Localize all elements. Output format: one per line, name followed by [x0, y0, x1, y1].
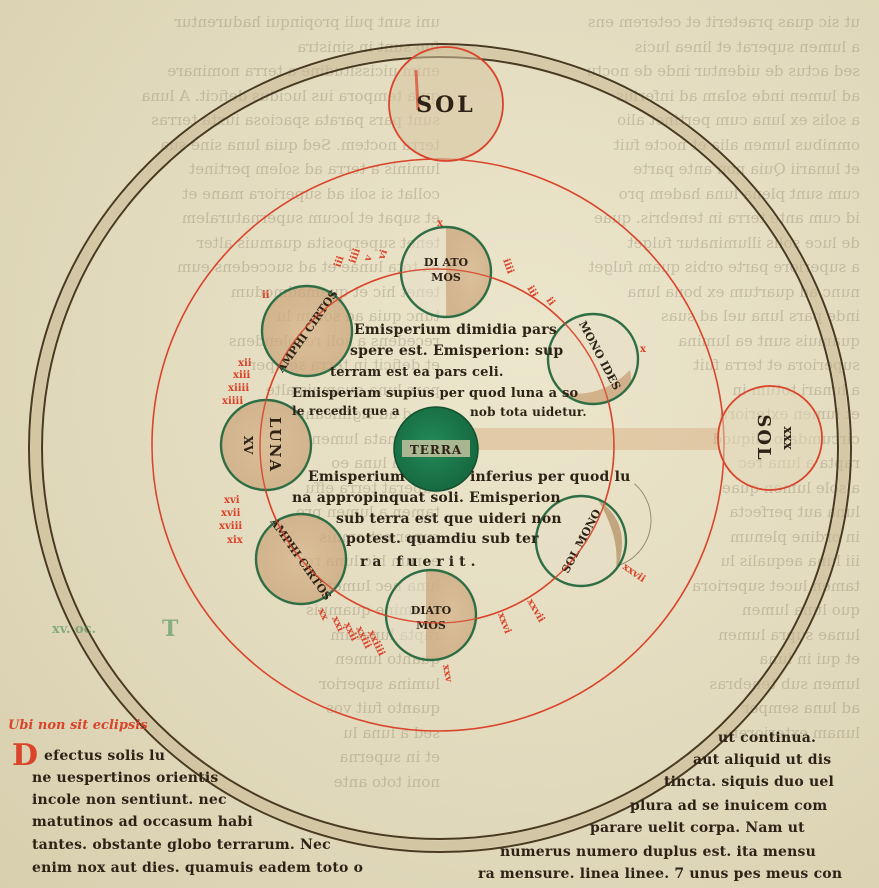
terra-earth: TERRA	[394, 407, 478, 491]
diagram-text-line-3: terram est ea pars celi.	[330, 362, 504, 383]
right-text-line-1: ut continua.	[718, 728, 816, 749]
green-marginal-letter: T	[162, 616, 178, 642]
svg-text:xviii: xviii	[219, 521, 242, 532]
svg-text:xiii: xiii	[233, 370, 251, 381]
green-marginal-note: xv. oc.	[52, 622, 96, 637]
diagram-text-line-9: na appropinquat soli. Emisperion	[292, 488, 561, 509]
svg-text:iiii: iiii	[500, 257, 516, 275]
moon-bottom-label-2: MOS	[416, 619, 446, 632]
svg-text:iiii: iiii	[347, 247, 363, 265]
diagram-text-line-1: Emisperium dimidia pars	[354, 320, 557, 341]
svg-text:vi: vi	[376, 248, 390, 262]
sun-right-label: SOL	[753, 414, 774, 461]
diagram-text-line-12: ra fuerit.	[360, 552, 480, 573]
svg-text:xix: xix	[227, 535, 244, 546]
svg-text:xvii: xvii	[221, 508, 241, 519]
rubric-heading: Ubi non sit eclipsis	[8, 718, 148, 733]
moon-phase-bottom: DIATO MOS	[386, 568, 478, 663]
terra-label: TERRA	[410, 443, 462, 457]
left-text-line-5: tantes. obstante globo terrarum. Nec	[32, 835, 331, 856]
svg-text:v: v	[362, 253, 375, 264]
svg-text:x: x	[640, 344, 647, 355]
svg-text:xxvii: xxvii	[524, 597, 546, 625]
moon-luna-numeral: XV	[241, 436, 255, 455]
diagram-text-line-8: inferius per quod lu	[470, 467, 630, 488]
diagram-text-line-5: le recedit que a	[292, 401, 400, 422]
diagram-text-line-7: Emisperium	[308, 467, 405, 488]
diagram-text-line-10: sub terra est que uideri non	[336, 509, 562, 530]
moon-top-label-1: DI ATO	[424, 256, 469, 269]
sun-top-label: SOL	[416, 92, 476, 118]
svg-text:xx: xx	[315, 607, 330, 623]
sun-right-numeral: xxx	[780, 426, 795, 450]
svg-text:xxv: xxv	[440, 664, 454, 685]
svg-text:xxvi: xxvi	[495, 611, 513, 635]
diagram-text-line-6: nob tota uidetur.	[470, 402, 587, 423]
left-text-line-3: incole non sentiunt. nec	[32, 790, 227, 811]
manuscript-page: uni sunt puli propinqui hadurenturfuo su…	[0, 0, 879, 888]
svg-text:xvi: xvi	[224, 495, 240, 506]
svg-text:xiiii: xiiii	[228, 383, 249, 394]
right-text-line-6: numerus numero duplus est. ita mensu	[500, 842, 816, 863]
left-text-line-6: enim nox aut dies. quamuis eadem toto o	[32, 858, 363, 879]
svg-text:xxvii: xxvii	[620, 561, 647, 585]
moon-luna-label: LUNA	[266, 417, 284, 473]
left-text-line-2: ne uespertinos orientis	[32, 768, 218, 789]
right-text-line-4: plura ad se inuicem com	[630, 796, 827, 817]
svg-text:x: x	[437, 218, 444, 229]
left-text-line-4: matutinos ad occasum habi	[32, 812, 253, 833]
moon-top-label-2: MOS	[431, 271, 461, 284]
svg-text:iii: iii	[524, 284, 539, 300]
right-text-line-3: tincta. siquis duo uel	[664, 772, 834, 793]
svg-text:iii: iii	[332, 254, 346, 269]
svg-text:xiiii: xiiii	[222, 396, 243, 407]
diagram-text-line-11: potest. quamdiu sub ter	[346, 529, 539, 550]
diagram-text-line-2: spere est. Emisperion: sup	[350, 341, 563, 362]
moon-bottom-label-1: DIATO	[411, 604, 452, 617]
right-text-line-2: aut aliquid ut dis	[693, 750, 831, 771]
right-text-line-5: parare uelit corpa. Nam ut	[590, 818, 805, 839]
left-text-line-1: efectus solis lu	[44, 746, 165, 767]
right-text-line-7: ra mensure. linea linee. 7 unus pes meus…	[478, 864, 842, 885]
svg-text:xii: xii	[238, 358, 252, 369]
moon-phase-top: DI ATO MOS	[401, 225, 496, 320]
sun-top: SOL	[389, 47, 503, 161]
svg-text:ii: ii	[262, 290, 270, 301]
